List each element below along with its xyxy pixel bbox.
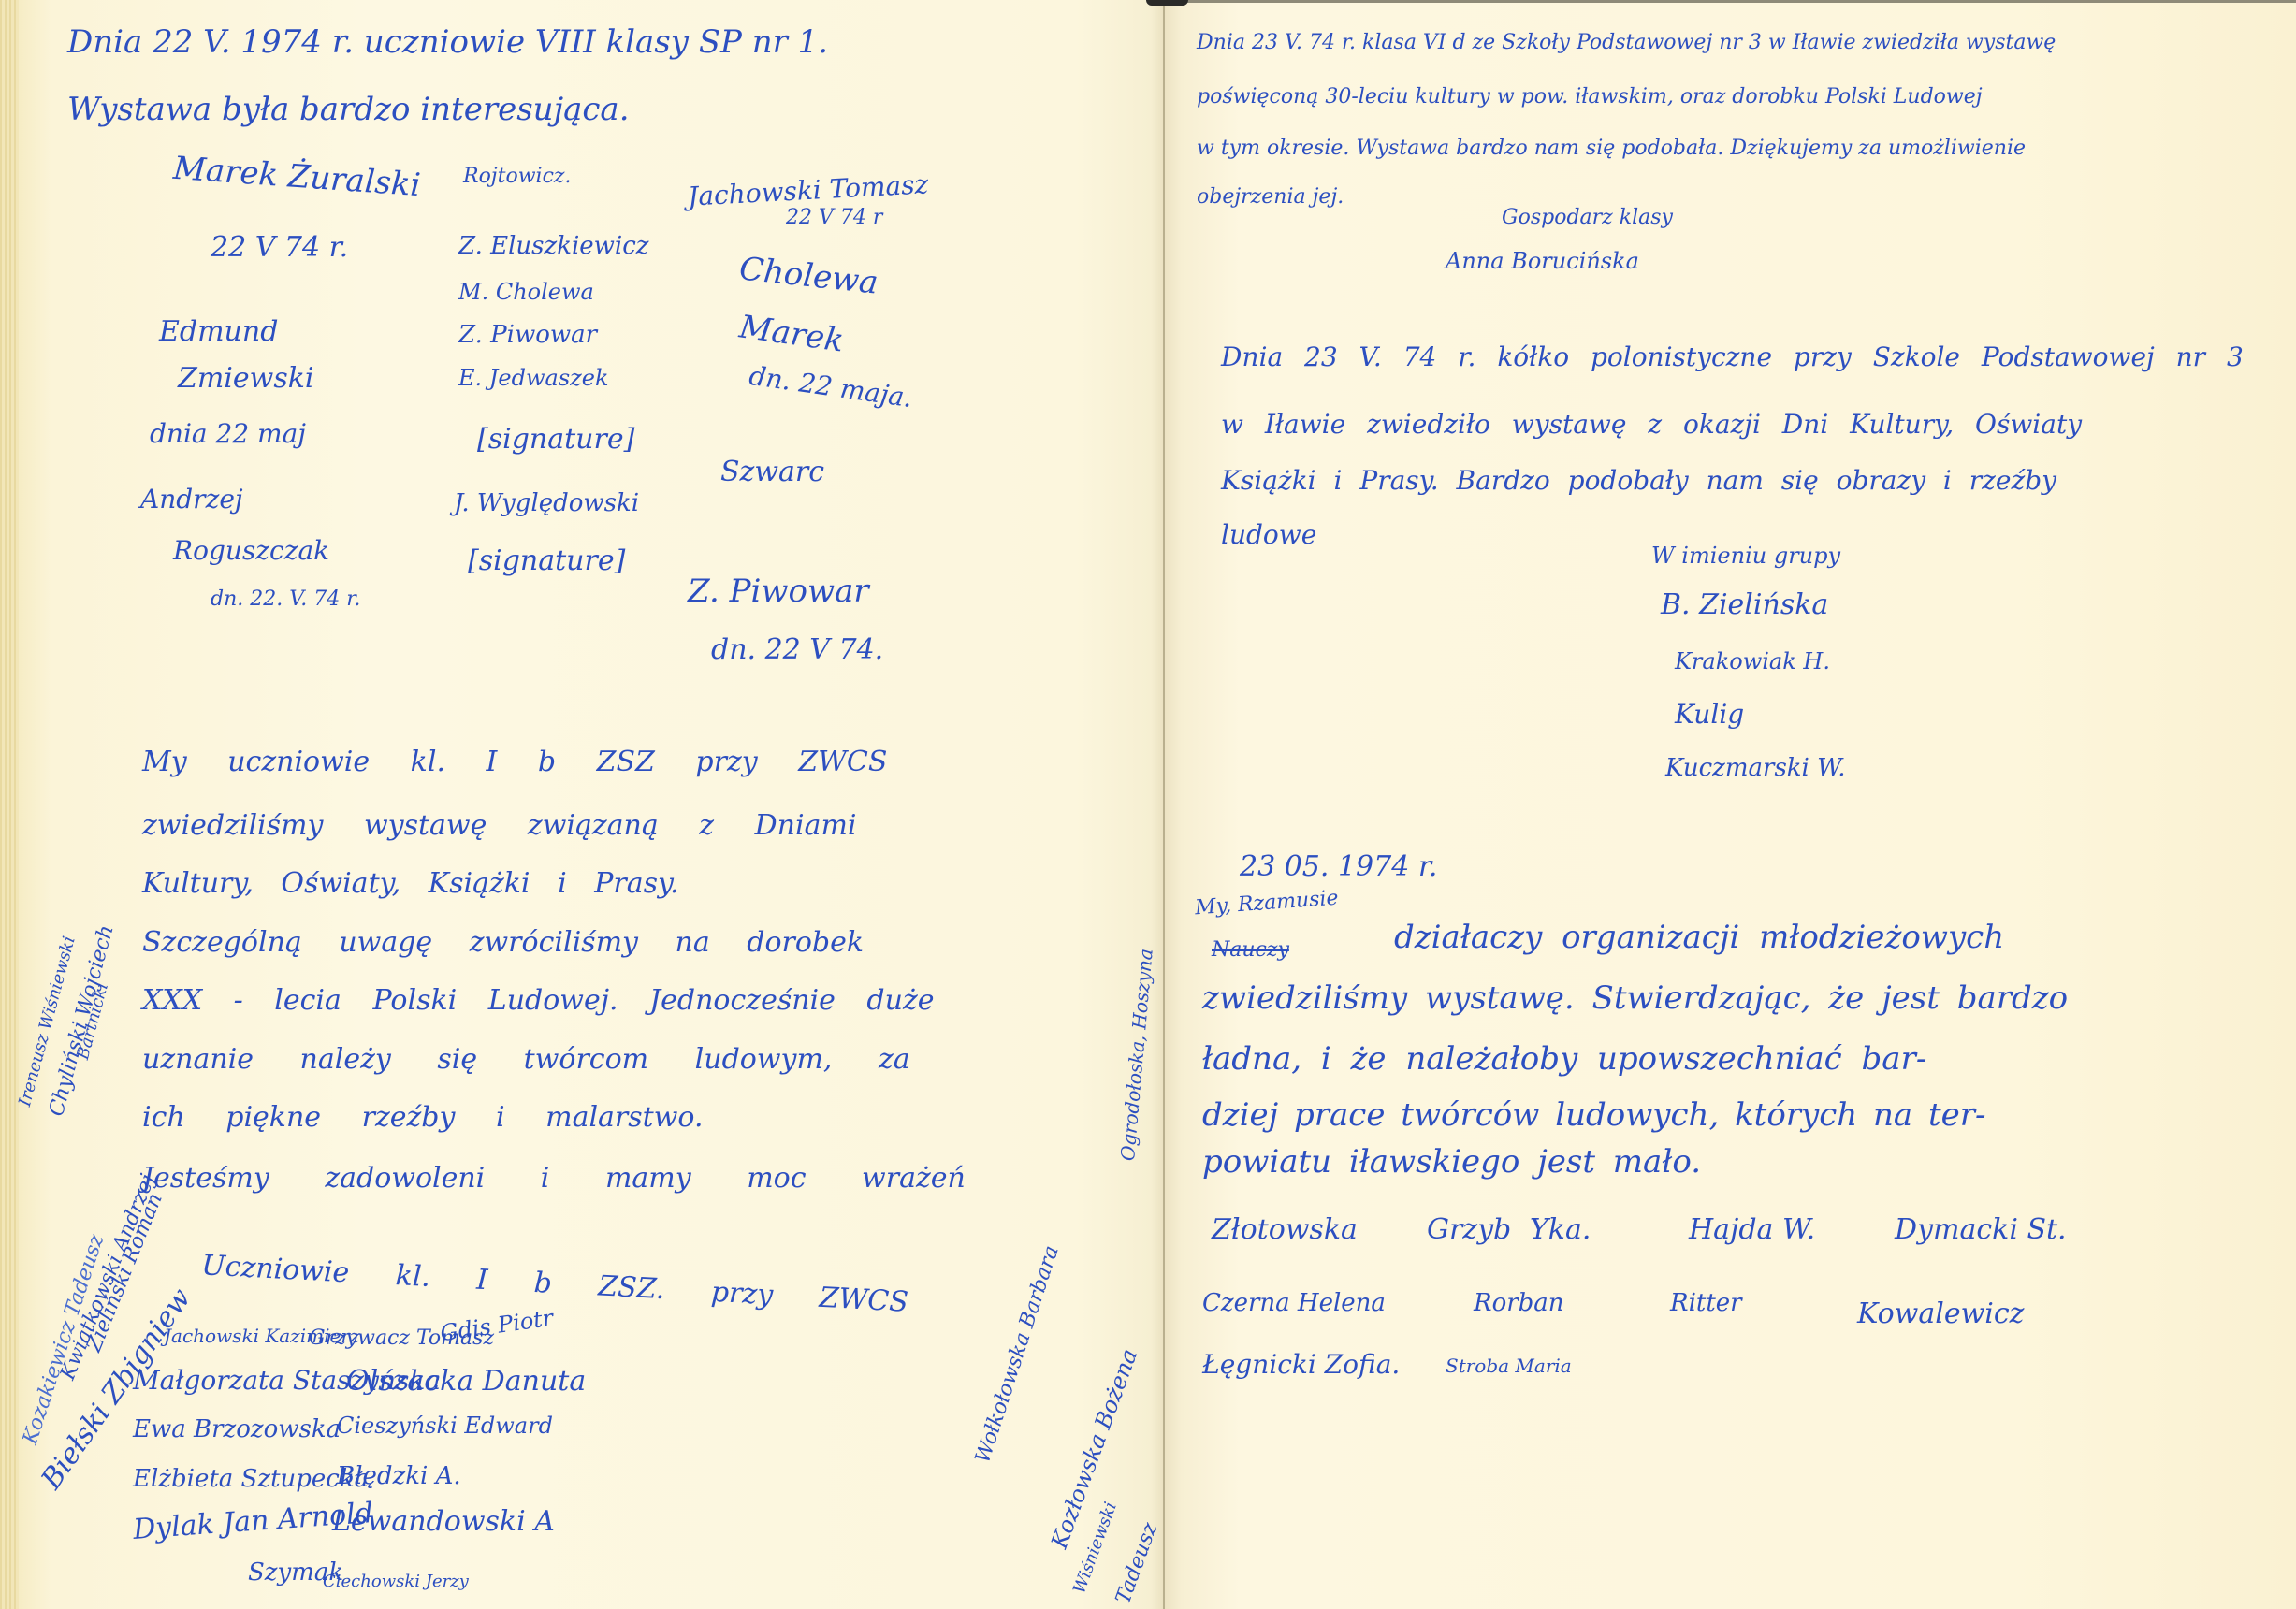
entry5-line: ładna, i że należałoby upowszechniać bar… [1202,1043,1926,1075]
entry5-line: działaczy organizacji młodzieżowych [1394,921,2004,953]
signature: Roguszczak [173,538,329,564]
entry3-signature-name: Anna Borucińska [1446,250,1639,272]
entry2-line: My uczniowie kl. I b ZSZ przy ZWCS [142,748,887,776]
entry5-line: powiatu iławskiego jest mało. [1202,1146,1701,1178]
signature: Kulig [1675,702,1744,728]
signature: Stroba Maria [1446,1356,1572,1375]
signature: Z. Piwowar [688,575,869,607]
entry2-line: zwiedziliśmy wystawę związaną z Dniami [142,812,857,840]
left-page: Dnia 22 V. 1974 r. uczniowie VIII klasy … [0,0,1165,1609]
page-top-shadow [1165,0,2296,3]
signature: Yka. [1530,1216,1591,1244]
entry3-line: Dnia 23 V. 74 r. klasa VI d ze Szkoły Po… [1197,33,2056,53]
margin-signature: Ogrodołoska, Hoszyna [1118,948,1155,1161]
signature: Andrzej [140,486,243,513]
signature: Łęgnicki Zofia. [1202,1352,1400,1378]
signature: Grzyb [1427,1216,1511,1244]
signature: Olszacka Danuta [346,1368,586,1396]
signature: Z. Eluszkiewicz [458,234,649,258]
signature: Marek Żuralski [172,152,421,201]
signature: Marek [737,311,846,356]
signature: Z. Piwowar [458,323,597,347]
guestbook-spread: Dnia 22 V. 1974 r. uczniowie VIII klasy … [0,0,2296,1609]
signature: E. Jedwaszek [458,367,609,389]
entry1-line1: Dnia 22 V. 1974 r. uczniowie VIII klasy … [67,26,828,58]
signature: Czerna Helena [1202,1291,1386,1315]
entry2-closing: Uczniowie kl. I b ZSZ. przy ZWCS [201,1252,909,1317]
signature: Błędzki A. [337,1464,461,1488]
entry5-date: 23 05. 1974 r. [1240,853,1437,881]
signature: Edmund [159,318,278,346]
signature: Cieszyński Edward [337,1414,553,1437]
entry5-line: dziej prace twórców ludowych, których na… [1202,1099,1986,1131]
entry4-line: w Iławie zwiedziło wystawę z okazji Dni … [1221,412,2082,438]
signature-date: 22 V 74 r. [211,234,348,262]
signature: Lewandowski A [332,1508,555,1536]
entry2-line: Jesteśmy zadowoleni i mamy moc wrażeń [142,1165,966,1193]
signature: Dymacki St. [1895,1216,2067,1244]
signature-scribble: [signature] [477,426,634,454]
signature: Kowalewicz [1857,1300,2024,1328]
margin-signature: Wołkołowska Barbara [973,1243,1063,1466]
entry2-line: Szczególną uwagę zwróciliśmy na dorobek [142,929,864,957]
signature: Zmiewski [178,365,314,393]
margin-signature: Tadeusz [1113,1520,1162,1606]
signature-date: 22 V 74 r [786,208,882,228]
signature: Jachowski Tomasz [687,171,928,210]
signature-date: dn. 22 V 74. [711,636,883,664]
entry5-line: zwiedziliśmy wystawę. Stwierdzając, że j… [1202,982,2068,1014]
signature: J. Wyględowski [454,491,639,515]
signature: Ciechowski Jerzy [323,1573,469,1590]
signature: Elżbieta Sztupecka [133,1467,369,1491]
signature: Kuczmarski W. [1665,756,1846,780]
entry3-line: poświęconą 30-leciu kultury w pow. iławs… [1197,87,1983,108]
entry4-line: ludowe [1221,522,1316,548]
signature-date: dn. 22. V. 74 r. [211,589,360,610]
entry5-correction: My, Rzamusie [1194,889,1339,920]
signature-date: dn. 22 maja. [748,363,914,412]
signature-date: dnia 22 maj [150,421,306,447]
signature: Krakowiak H. [1675,650,1830,673]
signature: Szwarc [720,458,824,486]
signature: Hajda W. [1689,1216,1815,1244]
signature: Złotowska [1212,1216,1358,1244]
signature-scribble: [signature] [468,547,625,575]
signature: M. Cholewa [458,281,594,303]
entry2-line: ich piękne rzeźby i malarstwo. [142,1104,703,1132]
entry2-line: uznanie należy się twórcom ludowym, za [142,1046,910,1074]
entry3-line: obejrzenia jej. [1197,187,1344,208]
entry2-line: Kultury, Oświaty, Książki i Prasy. [142,870,679,898]
signature: B. Zielińska [1661,591,1828,619]
signature: Ritter [1670,1291,1742,1315]
entry1-line2: Wystawa była bardzo interesująca. [67,94,630,125]
signature: Rorban [1474,1291,1564,1315]
entry4-line: Książki i Prasy. Bardzo podobały nam się… [1221,468,2056,494]
entry5-struck-word: Nauczy [1212,940,1289,961]
page-edge [0,0,19,1609]
entry3-signature-title: Gospodarz klasy [1502,208,1673,228]
entry4-on-behalf: W imieniu grupy [1651,544,1840,567]
book-spine [1146,0,1188,6]
entry2-line: XXX - lecia Polski Ludowej. Jednocześnie… [142,987,935,1015]
signature: Gdis Piotr [439,1307,555,1345]
signature: Ewa Brzozowska [133,1417,341,1442]
entry3-line: w tym okresie. Wystawa bardzo nam się po… [1197,138,2026,159]
signature: Cholewa [738,253,879,298]
entry4-line: Dnia 23 V. 74 r. kółko polonistyczne prz… [1221,344,2244,370]
signature: Rojtowicz. [463,167,572,187]
right-page: Dnia 23 V. 74 r. klasa VI d ze Szkoły Po… [1165,0,2296,1609]
